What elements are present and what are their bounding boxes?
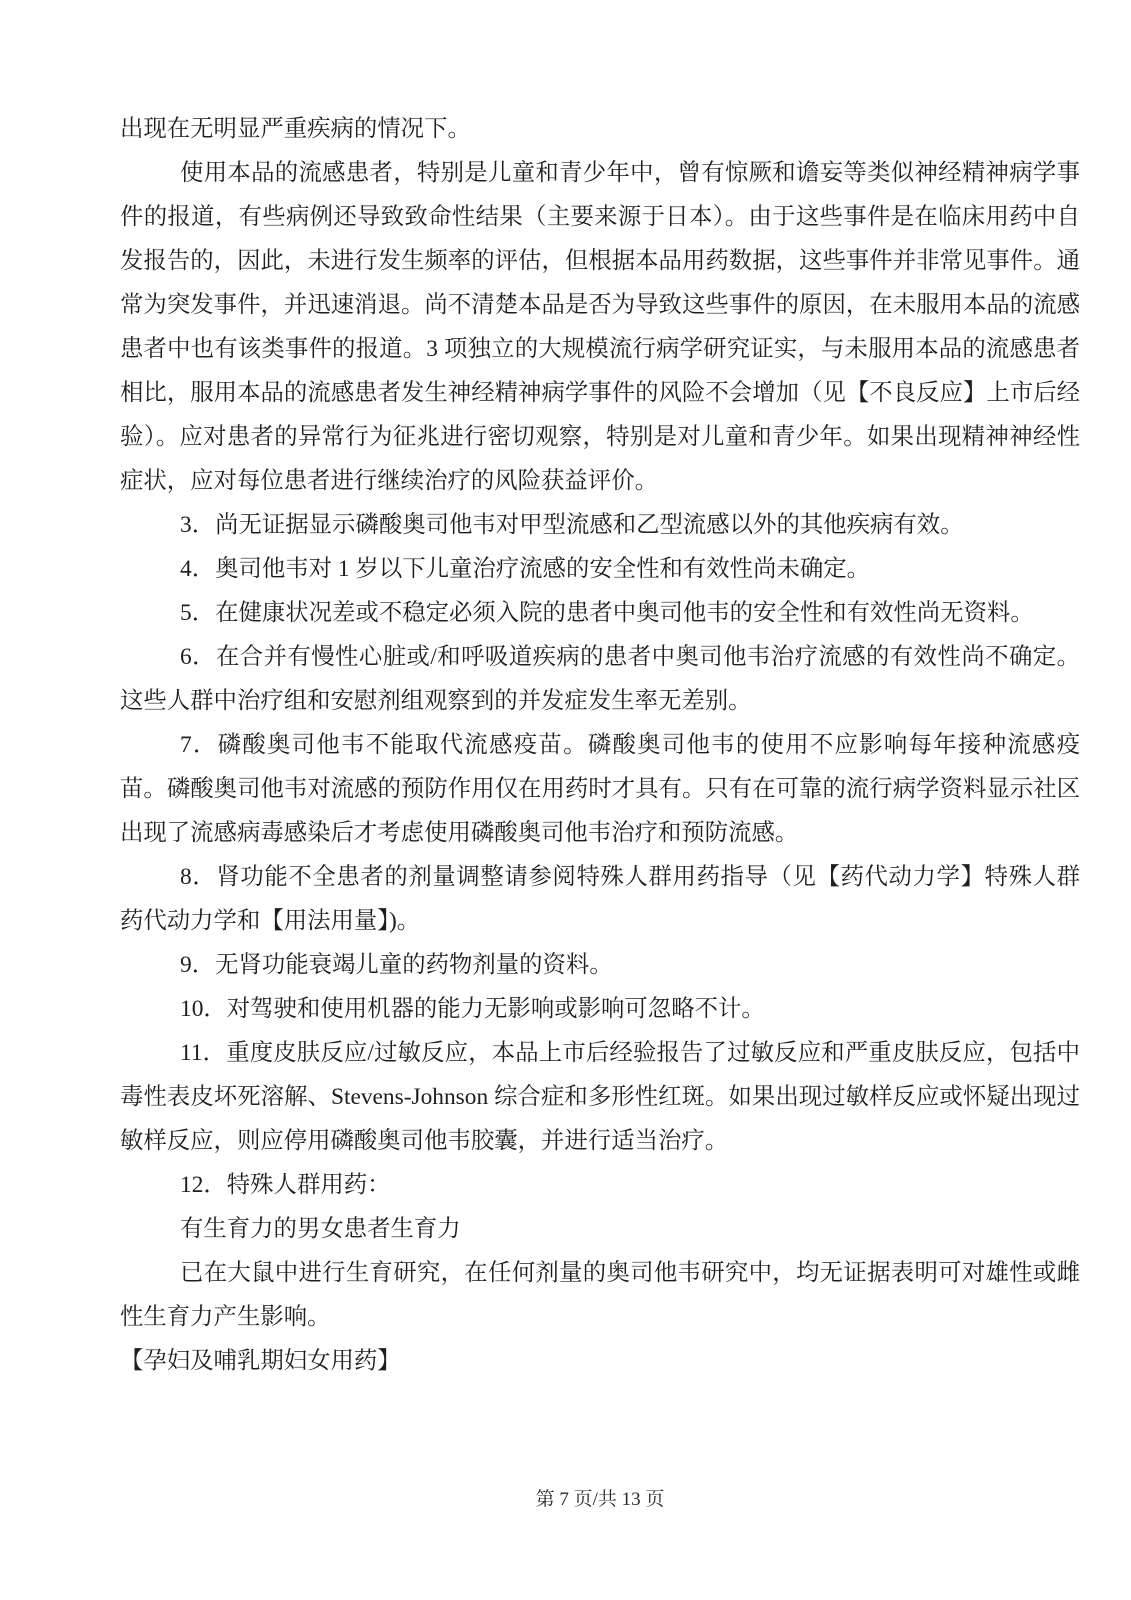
paragraph: 7．磷酸奥司他韦不能取代流感疫苗。磷酸奥司他韦的使用不应影响每年接种流感疫苗。磷… bbox=[120, 723, 1080, 855]
paragraph: 11．重度皮肤反应/过敏反应，本品上市后经验报告了过敏反应和严重皮肤反应，包括中… bbox=[120, 1031, 1080, 1163]
page-footer: 第 7 页/共 13 页 bbox=[120, 1487, 1080, 1513]
paragraph: 8．肾功能不全患者的剂量调整请参阅特殊人群用药指导（见【药代动力学】特殊人群药代… bbox=[120, 855, 1080, 943]
paragraph: 10．对驾驶和使用机器的能力无影响或影响可忽略不计。 bbox=[120, 987, 1080, 1031]
paragraph: 6．在合并有慢性心脏或/和呼吸道疾病的患者中奥司他韦治疗流感的有效性尚不确定。这… bbox=[120, 635, 1080, 723]
paragraph: 出现在无明显严重疾病的情况下。 bbox=[120, 107, 1080, 151]
paragraph: 9．无肾功能衰竭儿童的药物剂量的资料。 bbox=[120, 943, 1080, 987]
paragraph: 4．奥司他韦对 1 岁以下儿童治疗流感的安全性和有效性尚未确定。 bbox=[120, 547, 1080, 591]
paragraph: 3．尚无证据显示磷酸奥司他韦对甲型流感和乙型流感以外的其他疾病有效。 bbox=[120, 503, 1080, 547]
paragraph: 有生育力的男女患者生育力 bbox=[120, 1207, 1080, 1251]
paragraph: 12．特殊人群用药： bbox=[120, 1163, 1080, 1207]
page-number: 第 7 页/共 13 页 bbox=[536, 1489, 665, 1510]
document-page: 出现在无明显严重疾病的情况下。使用本品的流感患者，特别是儿童和青少年中，曾有惊厥… bbox=[0, 0, 1131, 1600]
paragraph: 5．在健康状况差或不稳定必须入院的患者中奥司他韦的安全性和有效性尚无资料。 bbox=[120, 591, 1080, 635]
section-heading: 【孕妇及哺乳期妇女用药】 bbox=[120, 1339, 1080, 1383]
paragraph: 使用本品的流感患者，特别是儿童和青少年中，曾有惊厥和谵妄等类似神经精神病学事件的… bbox=[120, 151, 1080, 503]
document-body: 出现在无明显严重疾病的情况下。使用本品的流感患者，特别是儿童和青少年中，曾有惊厥… bbox=[120, 107, 1080, 1383]
paragraph: 已在大鼠中进行生育研究，在任何剂量的奥司他韦研究中，均无证据表明可对雄性或雌性生… bbox=[120, 1251, 1080, 1339]
